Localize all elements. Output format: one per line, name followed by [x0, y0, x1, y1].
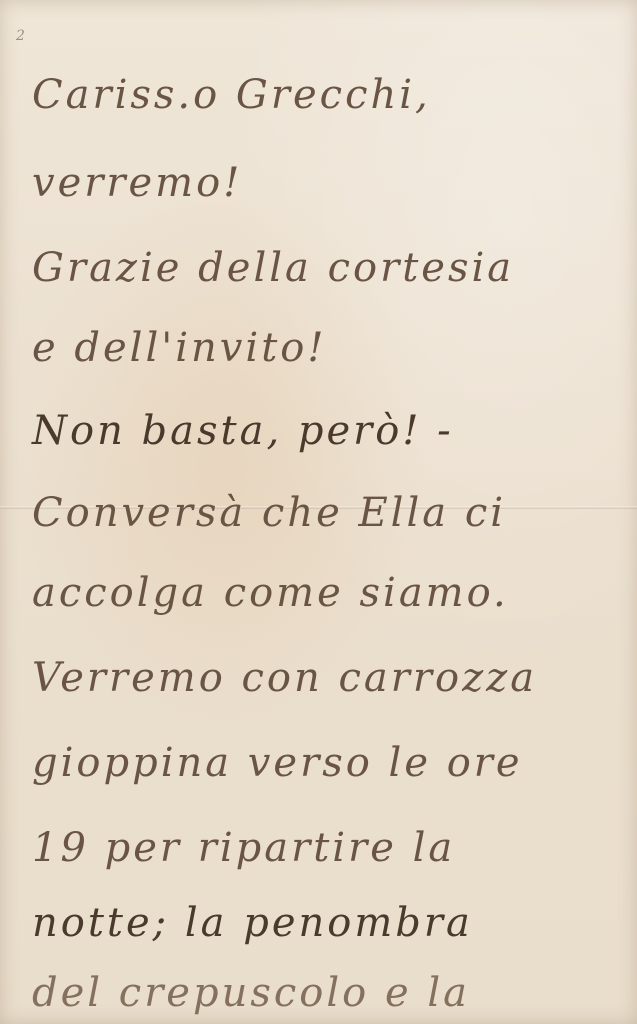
- letter-line: gioppina verso le ore: [32, 740, 523, 786]
- letter-line: 19 per ripartire la: [32, 825, 455, 871]
- letter-page: 2 Cariss.o Grecchi, verremo! Grazie dell…: [0, 0, 637, 1024]
- letter-line: notte; la penombra: [32, 900, 473, 946]
- letter-line: e dell'invito!: [32, 325, 326, 371]
- letter-line: Non basta, però! -: [32, 408, 454, 454]
- letter-line: Grazie della cortesia: [32, 245, 514, 291]
- letter-line: Conversà che Ella ci: [32, 490, 506, 536]
- letter-line: Verremo con carrozza: [32, 655, 537, 701]
- page-number-mark: 2: [16, 28, 25, 44]
- salutation-line: Cariss.o Grecchi,: [32, 72, 431, 118]
- letter-line: del crepuscolo e la: [32, 970, 470, 1016]
- letter-line: accolga come siamo.: [32, 570, 509, 616]
- letter-line: verremo!: [32, 160, 242, 206]
